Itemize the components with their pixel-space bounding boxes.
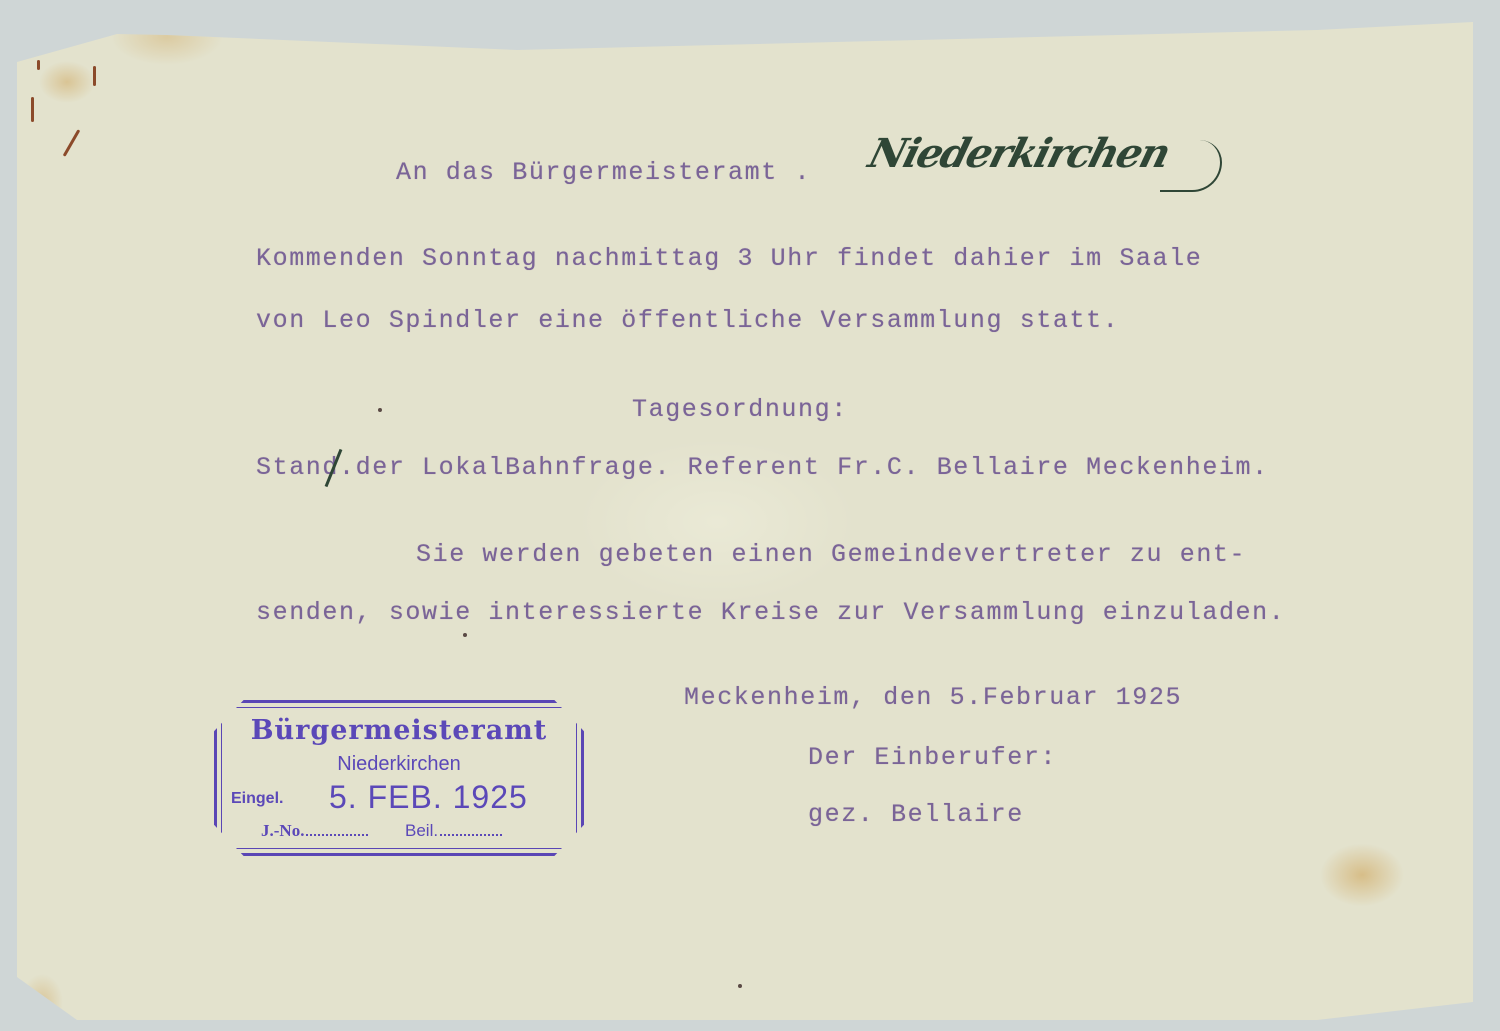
signatory-label: Der Einberufer:	[808, 743, 1057, 772]
rust-mark	[93, 66, 96, 86]
stamp-place: Niederkirchen	[217, 753, 581, 776]
dotted-line	[440, 832, 502, 836]
stamp-attachments: Beil.	[405, 821, 502, 841]
speck	[463, 633, 467, 637]
agenda-item: Stand.der LokalBahnfrage. Referent Fr.C.…	[256, 453, 1269, 482]
addressee-line: An das Bürgermeisteramt .	[396, 158, 811, 187]
body-line-1: Kommenden Sonntag nachmittag 3 Uhr finde…	[256, 244, 1202, 273]
speck	[738, 984, 742, 988]
speck	[378, 408, 382, 412]
rust-mark	[31, 97, 34, 122]
rust-mark	[37, 60, 40, 70]
stamp-title: Bürgermeisteramt	[217, 715, 581, 746]
body-line-2: von Leo Spindler eine öffentliche Versam…	[256, 306, 1119, 335]
dotted-line	[306, 832, 368, 836]
received-stamp: Bürgermeisteramt Niederkirchen Eingel. 5…	[214, 700, 584, 856]
signature: gez. Bellaire	[808, 800, 1024, 829]
request-line-2: senden, sowie interessierte Kreise zur V…	[256, 598, 1285, 627]
stamp-date: 5. FEB. 1925	[329, 779, 528, 816]
request-line-1: Sie werden gebeten einen Gemeindevertret…	[416, 540, 1246, 569]
stamp-journal-no-label: J.-No.	[261, 821, 304, 840]
handwritten-addressee: Niederkirchen	[864, 130, 1174, 177]
stamp-received-label: Eingel.	[231, 790, 283, 808]
agenda-heading: Tagesordnung:	[632, 395, 848, 424]
place-date: Meckenheim, den 5.Februar 1925	[684, 683, 1182, 712]
stamp-attachments-label: Beil.	[405, 821, 438, 840]
stamp-journal-no: J.-No.	[261, 821, 368, 841]
